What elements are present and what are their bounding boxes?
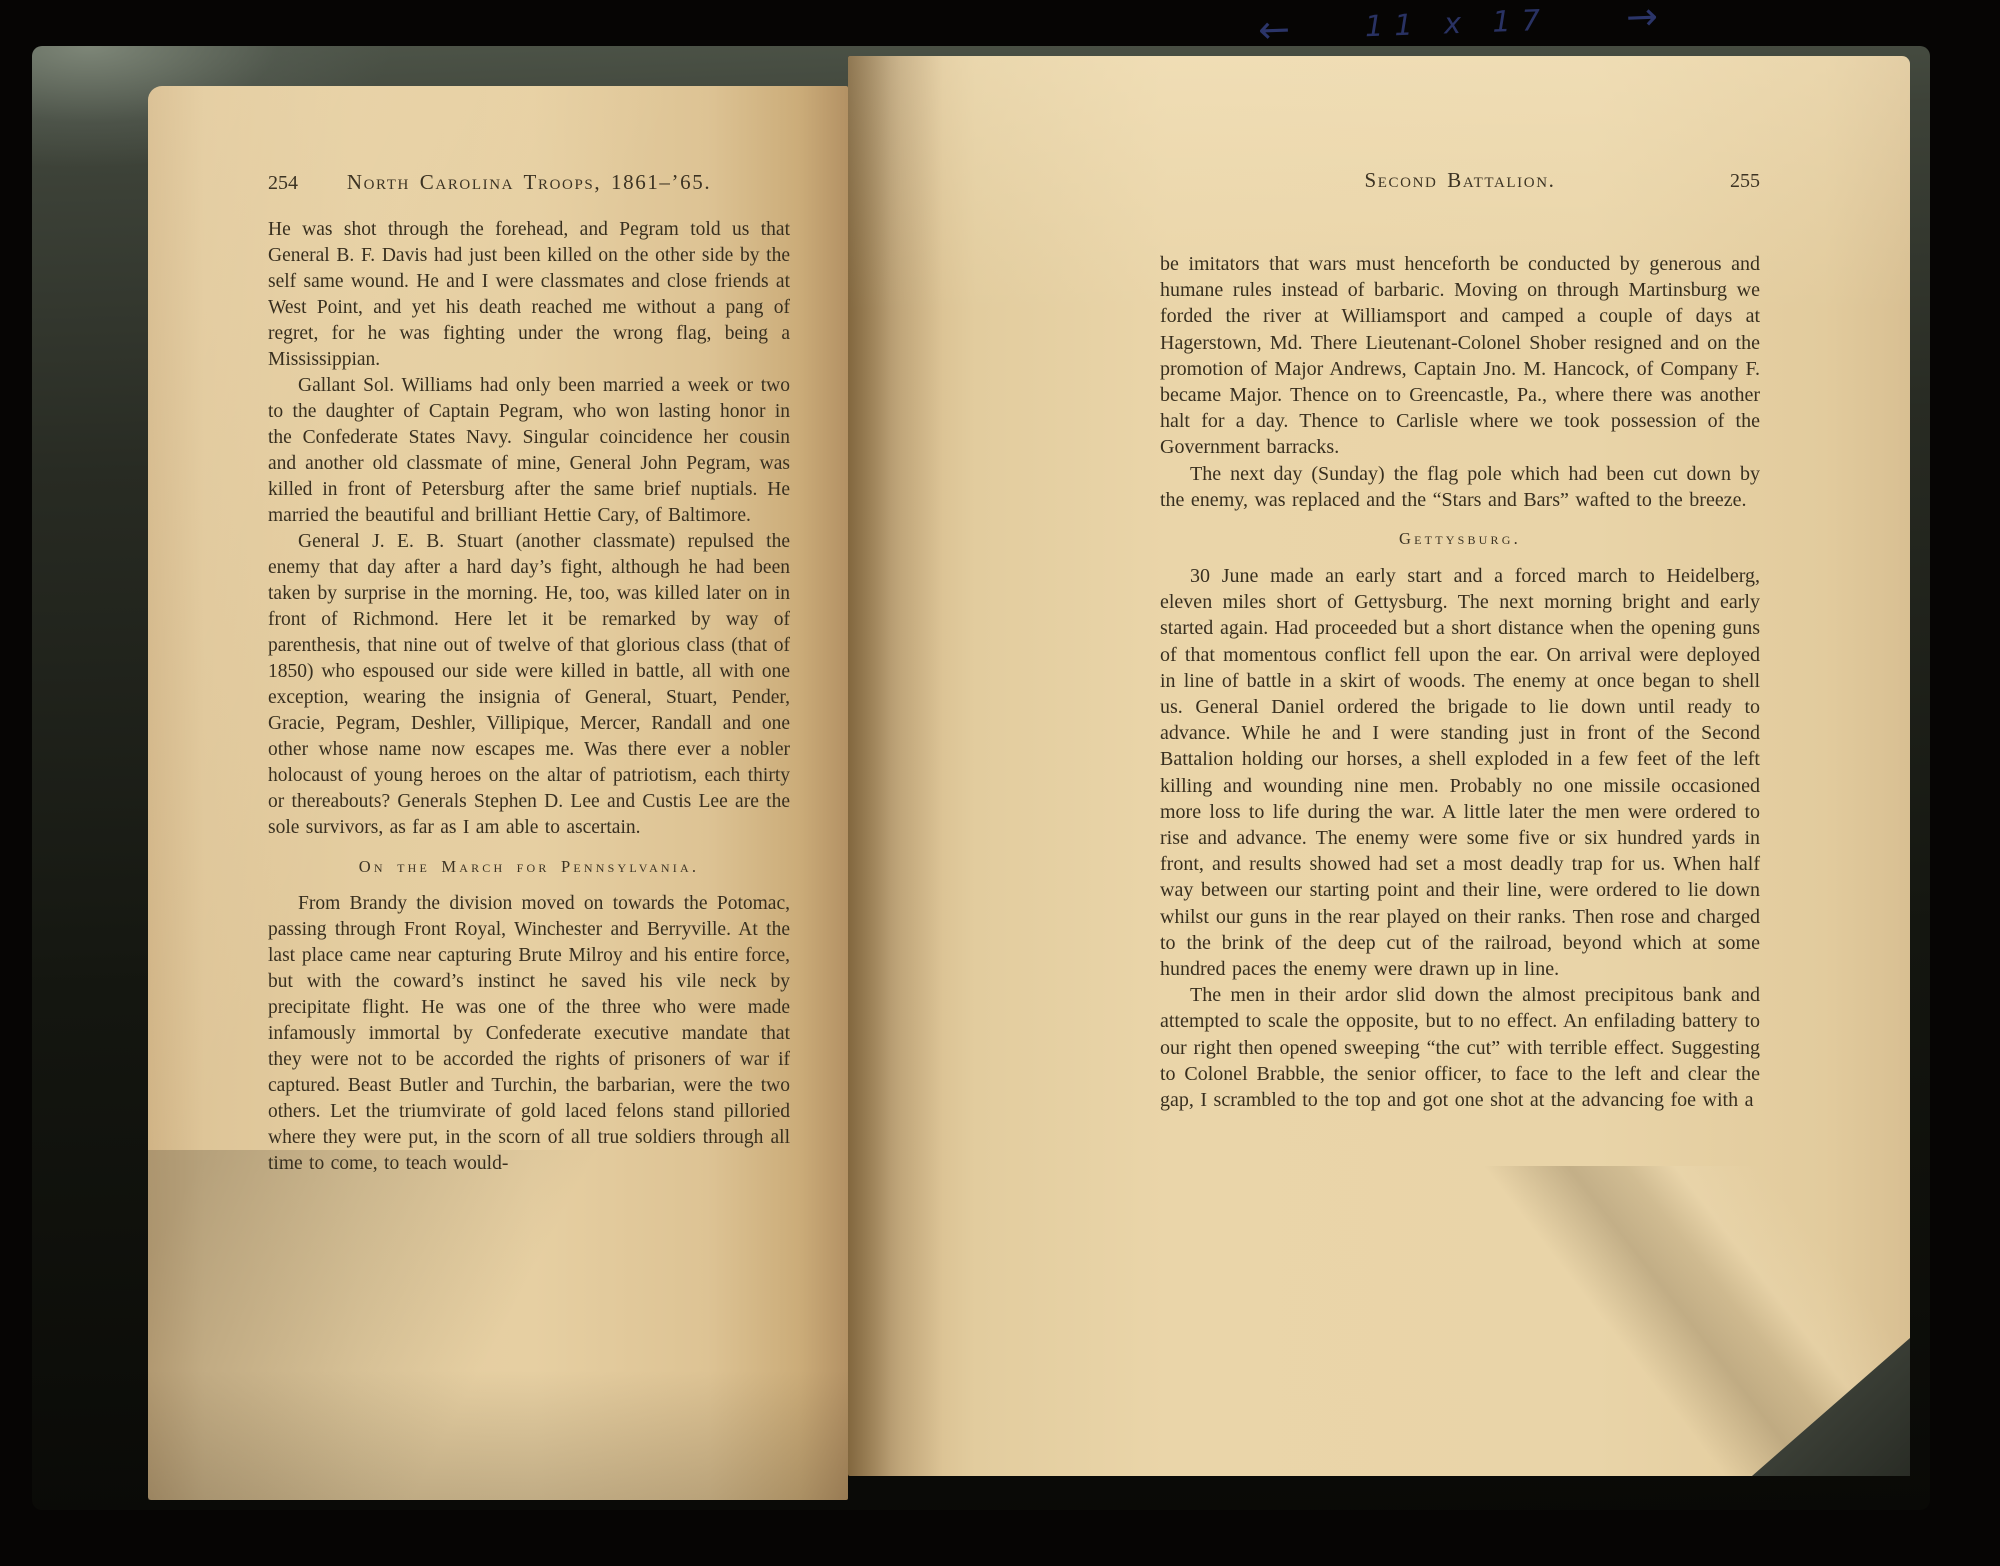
left-page-content: 254 North Carolina Troops, 1861–’65. He …: [268, 170, 790, 1177]
section-heading-gettysburg: Gettysburg.: [1160, 529, 1760, 549]
size-annotation-text: 11 x 17: [1364, 3, 1551, 43]
paragraph: Gallant Sol. Williams had only been marr…: [268, 373, 790, 529]
paragraph: 30 June made an early start and a forced…: [1160, 563, 1760, 982]
running-header-left: North Carolina Troops, 1861–’65.: [347, 170, 711, 195]
paragraph: He was shot through the forehead, and Pe…: [268, 217, 790, 373]
paragraph: be imitators that wars must henceforth b…: [1160, 251, 1760, 461]
left-page-header: 254 North Carolina Troops, 1861–’65.: [268, 170, 790, 195]
right-arrow-icon: →: [1625, 0, 1658, 39]
page-number-right: 255: [1730, 170, 1760, 193]
paragraph: The men in their ardor slid down the alm…: [1160, 982, 1760, 1113]
right-page-header: Second Battalion. 255: [1160, 168, 1760, 193]
right-page-content: Second Battalion. 255 be imitators that …: [1160, 168, 1760, 1113]
running-header-right: Second Battalion.: [1364, 168, 1555, 193]
page-number-left: 254: [268, 172, 298, 195]
section-heading-pennsylvania: On the March for Pennsylvania.: [268, 857, 790, 877]
photo-background: ← 11 x 17 → 254 North Carolina Troops, 1…: [0, 0, 2000, 1566]
paragraph: The next day (Sunday) the flag pole whic…: [1160, 461, 1760, 513]
paragraph: General J. E. B. Stuart (another classma…: [268, 529, 790, 841]
paragraph: From Brandy the division moved on toward…: [268, 891, 790, 1177]
